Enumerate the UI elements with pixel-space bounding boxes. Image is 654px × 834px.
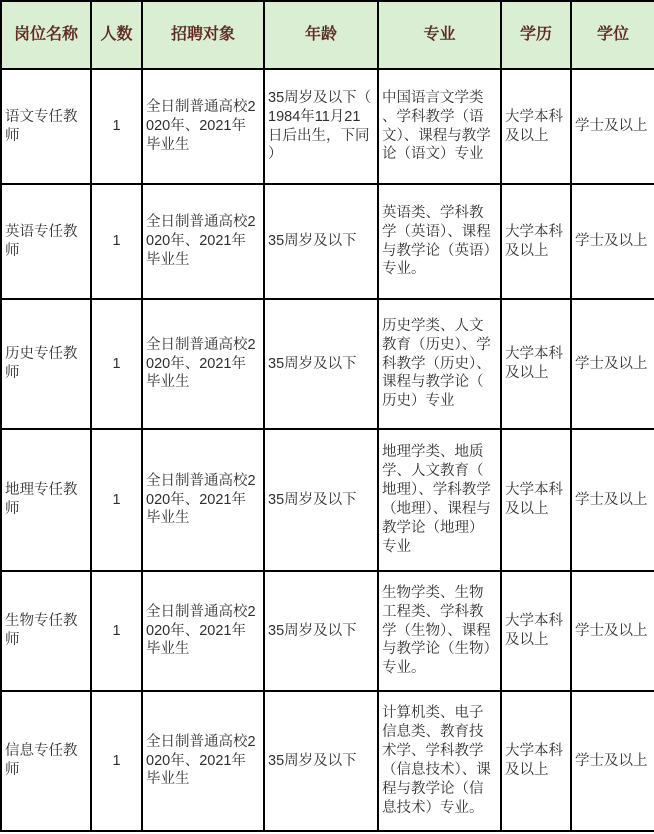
cell-degree: 学士及以上: [571, 184, 654, 299]
cell-education: 大学本科及以上: [501, 184, 571, 299]
cell-count: 1: [91, 184, 142, 299]
cell-degree: 学士及以上: [571, 69, 654, 184]
recruitment-table-page: 岗位名称 人数 招聘对象 年龄 专业 学历 学位 语文专任教师 1 全日制普通高…: [0, 0, 654, 834]
header-cell-target: 招聘对象: [142, 1, 264, 69]
cell-target: 全日制普通高校2020年、2021年毕业生: [142, 69, 264, 184]
cell-target: 全日制普通高校2020年、2021年毕业生: [142, 571, 264, 691]
cell-count: 1: [91, 299, 142, 429]
cell-count: 1: [91, 571, 142, 691]
header-cell-count: 人数: [91, 1, 142, 69]
cell-age: 35周岁及以下: [264, 299, 378, 429]
cell-major: 中国语言文学类、学科教学（语文）、课程与教学论（语文）专业: [378, 69, 501, 184]
cell-education: 大学本科及以上: [501, 69, 571, 184]
cell-count: 1: [91, 429, 142, 571]
header-cell-age: 年龄: [264, 1, 378, 69]
table-row: 地理专任教师 1 全日制普通高校2020年、2021年毕业生 35周岁及以下 地…: [1, 429, 654, 571]
cell-position: 历史专任教师: [1, 299, 91, 429]
cell-education: 大学本科及以上: [501, 299, 571, 429]
cell-position: 生物专任教师: [1, 571, 91, 691]
cell-major: 地理学类、地质学、人文教育（地理）、学科教学（地理）、课程与教学论（地理）专业: [378, 429, 501, 571]
header-cell-major: 专业: [378, 1, 501, 69]
cell-education: 大学本科及以上: [501, 429, 571, 571]
recruitment-table: 岗位名称 人数 招聘对象 年龄 专业 学历 学位 语文专任教师 1 全日制普通高…: [0, 0, 654, 832]
cell-position: 地理专任教师: [1, 429, 91, 571]
cell-count: 1: [91, 691, 142, 831]
cell-position: 信息专任教师: [1, 691, 91, 831]
cell-major: 英语类、学科教学（英语）、课程与教学论（英语）专业。: [378, 184, 501, 299]
cell-target: 全日制普通高校2020年、2021年毕业生: [142, 184, 264, 299]
cell-degree: 学士及以上: [571, 429, 654, 571]
header-cell-degree: 学位: [571, 1, 654, 69]
cell-count: 1: [91, 69, 142, 184]
cell-age: 35周岁及以下: [264, 184, 378, 299]
cell-position: 语文专任教师: [1, 69, 91, 184]
header-cell-education: 学历: [501, 1, 571, 69]
cell-age: 35周岁及以下（1984年11月21日后出生，下同）: [264, 69, 378, 184]
cell-age: 35周岁及以下: [264, 429, 378, 571]
table-row: 生物专任教师 1 全日制普通高校2020年、2021年毕业生 35周岁及以下 生…: [1, 571, 654, 691]
cell-degree: 学士及以上: [571, 571, 654, 691]
cell-major: 生物学类、生物工程类、学科教学（生物）、课程与教学论（生物）专业。: [378, 571, 501, 691]
cell-education: 大学本科及以上: [501, 691, 571, 831]
cell-degree: 学士及以上: [571, 691, 654, 831]
cell-major: 计算机类、电子信息类、教育技术学、学科教学（信息技术）、课程与教学论（信息技术）…: [378, 691, 501, 831]
header-cell-position: 岗位名称: [1, 1, 91, 69]
header-row: 岗位名称 人数 招聘对象 年龄 专业 学历 学位: [1, 1, 654, 69]
cell-age: 35周岁及以下: [264, 571, 378, 691]
cell-education: 大学本科及以上: [501, 571, 571, 691]
table-row: 信息专任教师 1 全日制普通高校2020年、2021年毕业生 35周岁及以下 计…: [1, 691, 654, 831]
cell-target: 全日制普通高校2020年、2021年毕业生: [142, 299, 264, 429]
cell-target: 全日制普通高校2020年、2021年毕业生: [142, 691, 264, 831]
cell-degree: 学士及以上: [571, 299, 654, 429]
cell-major: 历史学类、人文教育（历史）、学科教学（历史）、课程与教学论（历史）专业: [378, 299, 501, 429]
cell-position: 英语专任教师: [1, 184, 91, 299]
table-row: 历史专任教师 1 全日制普通高校2020年、2021年毕业生 35周岁及以下 历…: [1, 299, 654, 429]
cell-target: 全日制普通高校2020年、2021年毕业生: [142, 429, 264, 571]
table-row: 语文专任教师 1 全日制普通高校2020年、2021年毕业生 35周岁及以下（1…: [1, 69, 654, 184]
table-row: 英语专任教师 1 全日制普通高校2020年、2021年毕业生 35周岁及以下 英…: [1, 184, 654, 299]
cell-age: 35周岁及以下: [264, 691, 378, 831]
